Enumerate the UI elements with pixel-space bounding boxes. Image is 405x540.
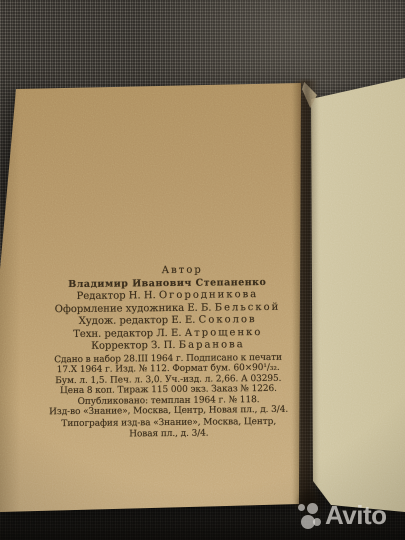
credit-role: Оформление художника Е. Б.: [55, 302, 212, 315]
avito-logo-circle: [298, 504, 305, 511]
colophon-text-block: Автор Владимир Иванович Степаненко Редак…: [17, 263, 319, 440]
credit-name: Огородникова: [159, 289, 258, 301]
credit-name: Атрощенко: [185, 327, 263, 339]
credit-name: Баранова: [179, 339, 245, 351]
avito-watermark: Avito: [280, 490, 405, 540]
credit-role: Редактор Н. Н.: [77, 290, 156, 302]
imprint-block: Сдано в набор 28.III 1964 г. Подписано к…: [18, 352, 319, 418]
book-photo: Автор Владимир Иванович Степаненко Редак…: [0, 0, 405, 540]
avito-logo-circle: [313, 518, 321, 526]
avito-wordmark: Avito: [325, 502, 387, 528]
avito-logo-circle: [307, 503, 318, 514]
credit-name: Соколов: [199, 314, 257, 326]
credit-role: Худож. редактор Е. Е.: [79, 315, 196, 327]
credit-name: Бельской: [215, 301, 281, 313]
printer-block: Типография изд-ва «Знание», Москва, Цент…: [19, 416, 319, 440]
credit-role: Техн. редактор Л. Е.: [73, 327, 181, 339]
credit-role: Корректор З. П.: [91, 340, 175, 352]
